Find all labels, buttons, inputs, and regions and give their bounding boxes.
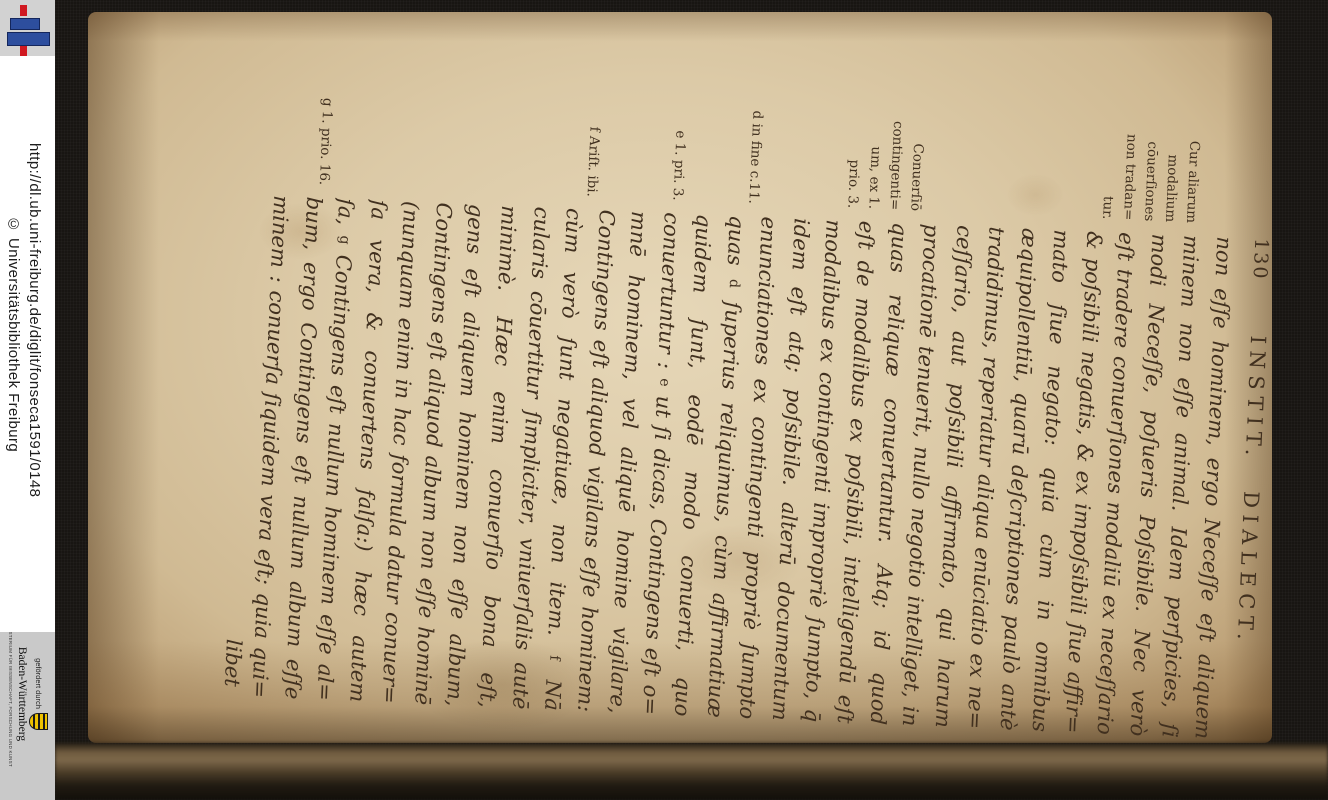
margin-note: g 1. prio. 16. — [313, 25, 341, 186]
logo-blue-bar-short — [10, 18, 40, 30]
funding-region: Baden-Württemberg — [15, 647, 28, 741]
funding-ministry: MINISTERIUM FÜR WISSENSCHAFT, FORSCHUNG … — [8, 632, 13, 767]
margin-note: d in fine c.11. — [742, 44, 770, 205]
ub-freiburg-logo — [0, 0, 55, 56]
library-margin-strip: http://dl.ub.uni-freiburg.de/diglit/fons… — [0, 0, 55, 800]
margin-note: e 1. pri. 3. — [666, 40, 694, 201]
baden-wuerttemberg-coat-of-arms-icon — [30, 713, 49, 730]
margin-note: Cur aliarummodaliumcōuerſionesnon tradan… — [1096, 59, 1208, 223]
rotated-page-content: 130 INSTIT. DIALECT. non eſſe hominem, e… — [90, 15, 1270, 740]
scan-background: 130 INSTIT. DIALECT. non eſſe hominem, e… — [55, 0, 1328, 800]
body-text: non eſſe hominem, ergo Neceſſe eſt aliqu… — [243, 195, 1240, 740]
logo-blue-bar-long — [7, 32, 50, 46]
funding-label: gefördert durch — [35, 658, 44, 709]
logo-red-mark-top — [20, 5, 27, 16]
margin-note: Conuerſiōcontingenti=um, ex 1.prio. 3. — [841, 48, 932, 212]
copyright-text: © Universitätsbibliothek Freiburg — [5, 216, 22, 452]
margin-note: f Ariſt. ibi. — [581, 37, 609, 198]
logo-red-mark-bottom — [20, 46, 27, 56]
funding-block: gefördert durch Baden-Württemberg MINIST… — [0, 632, 55, 800]
source-url-text: http://dl.ub.uni-freiburg.de/diglit/fons… — [26, 143, 43, 497]
